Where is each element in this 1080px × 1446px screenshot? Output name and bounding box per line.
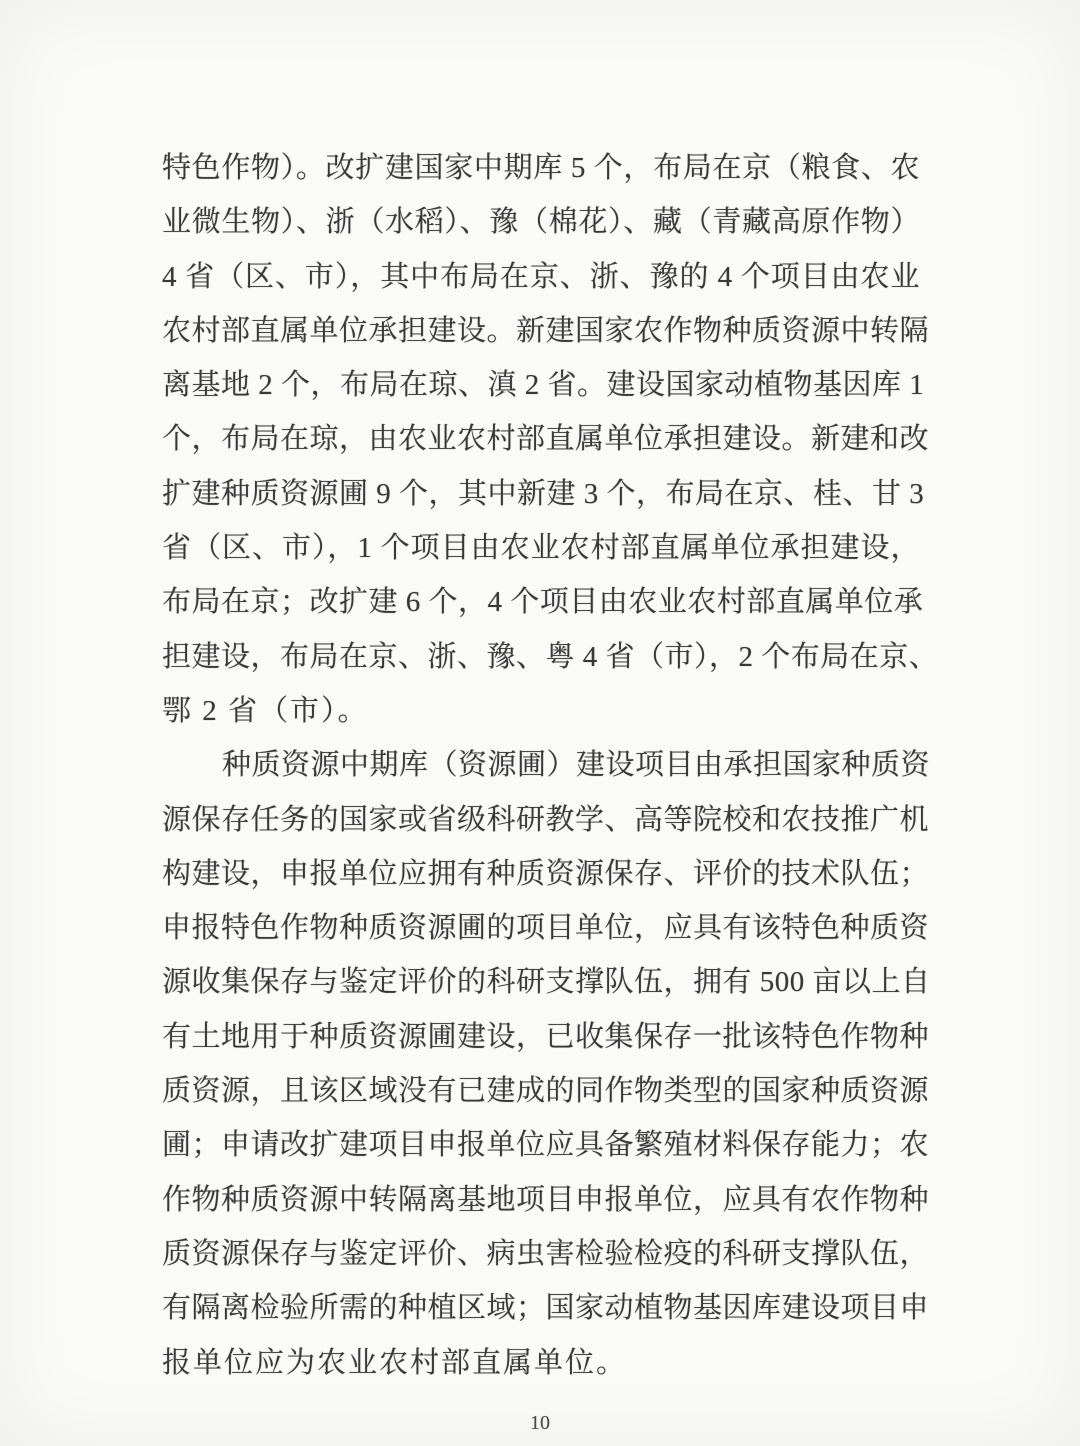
text-line: 业微生物）、浙（水稻）、豫（棉花）、藏（青藏高原作物） xyxy=(162,195,920,249)
text-line: 源保存任务的国家或省级科研教学、高等院校和农技推广机 xyxy=(162,793,920,847)
body-text: 特色作物）。改扩建国家中期库 5 个，布局在京（粮食、农 业微生物）、浙（水稻）… xyxy=(162,141,920,1390)
text-line: 报单位应为农业农村部直属单位。 xyxy=(162,1336,920,1390)
text-line: 4 省（区、市），其中布局在京、浙、豫的 4 个项目由农业 xyxy=(162,250,920,304)
text-line: 构建设，申报单位应拥有种质资源保存、评价的技术队伍； xyxy=(162,847,920,901)
text-line: 布局在京；改扩建 6 个，4 个项目由农业农村部直属单位承 xyxy=(162,575,920,629)
text-line: 种质资源中期库（资源圃）建设项目由承担国家种质资 xyxy=(162,738,920,792)
text-line: 特色作物）。改扩建国家中期库 5 个，布局在京（粮食、农 xyxy=(162,141,920,195)
text-line: 有土地用于种质资源圃建设，已收集保存一批该特色作物种 xyxy=(162,1010,920,1064)
text-line: 省（区、市），1 个项目由农业农村部直属单位承担建设， xyxy=(162,521,920,575)
text-line: 作物种质资源中转隔离基地项目申报单位，应具有农作物种 xyxy=(162,1173,920,1227)
document-page: 特色作物）。改扩建国家中期库 5 个，布局在京（粮食、农 业微生物）、浙（水稻）… xyxy=(0,0,1080,1446)
text-line: 农村部直属单位承担建设。新建国家农作物种质资源中转隔 xyxy=(162,304,920,358)
text-line: 鄂 2 省（市）。 xyxy=(162,684,920,738)
text-line: 质资源保存与鉴定评价、病虫害检验检疫的科研支撑队伍， xyxy=(162,1227,920,1281)
text-line: 扩建种质资源圃 9 个，其中新建 3 个，布局在京、桂、甘 3 xyxy=(162,467,920,521)
text-line: 担建设，布局在京、浙、豫、粤 4 省（市），2 个布局在京、 xyxy=(162,630,920,684)
text-line: 离基地 2 个，布局在琼、滇 2 省。建设国家动植物基因库 1 xyxy=(162,358,920,412)
text-line: 申报特色作物种质资源圃的项目单位，应具有该特色种质资 xyxy=(162,901,920,955)
text-line: 有隔离检验所需的种植区域；国家动植物基因库建设项目申 xyxy=(162,1281,920,1335)
text-line: 质资源，且该区域没有已建成的同作物类型的国家种质资源 xyxy=(162,1064,920,1118)
text-line: 个，布局在琼，由农业农村部直属单位承担建设。新建和改 xyxy=(162,412,920,466)
page-number: 10 xyxy=(0,1412,1080,1435)
text-line: 圃；申请改扩建项目申报单位应具备繁殖材料保存能力；农 xyxy=(162,1118,920,1172)
text-line: 源收集保存与鉴定评价的科研支撑队伍，拥有 500 亩以上自 xyxy=(162,955,920,1009)
